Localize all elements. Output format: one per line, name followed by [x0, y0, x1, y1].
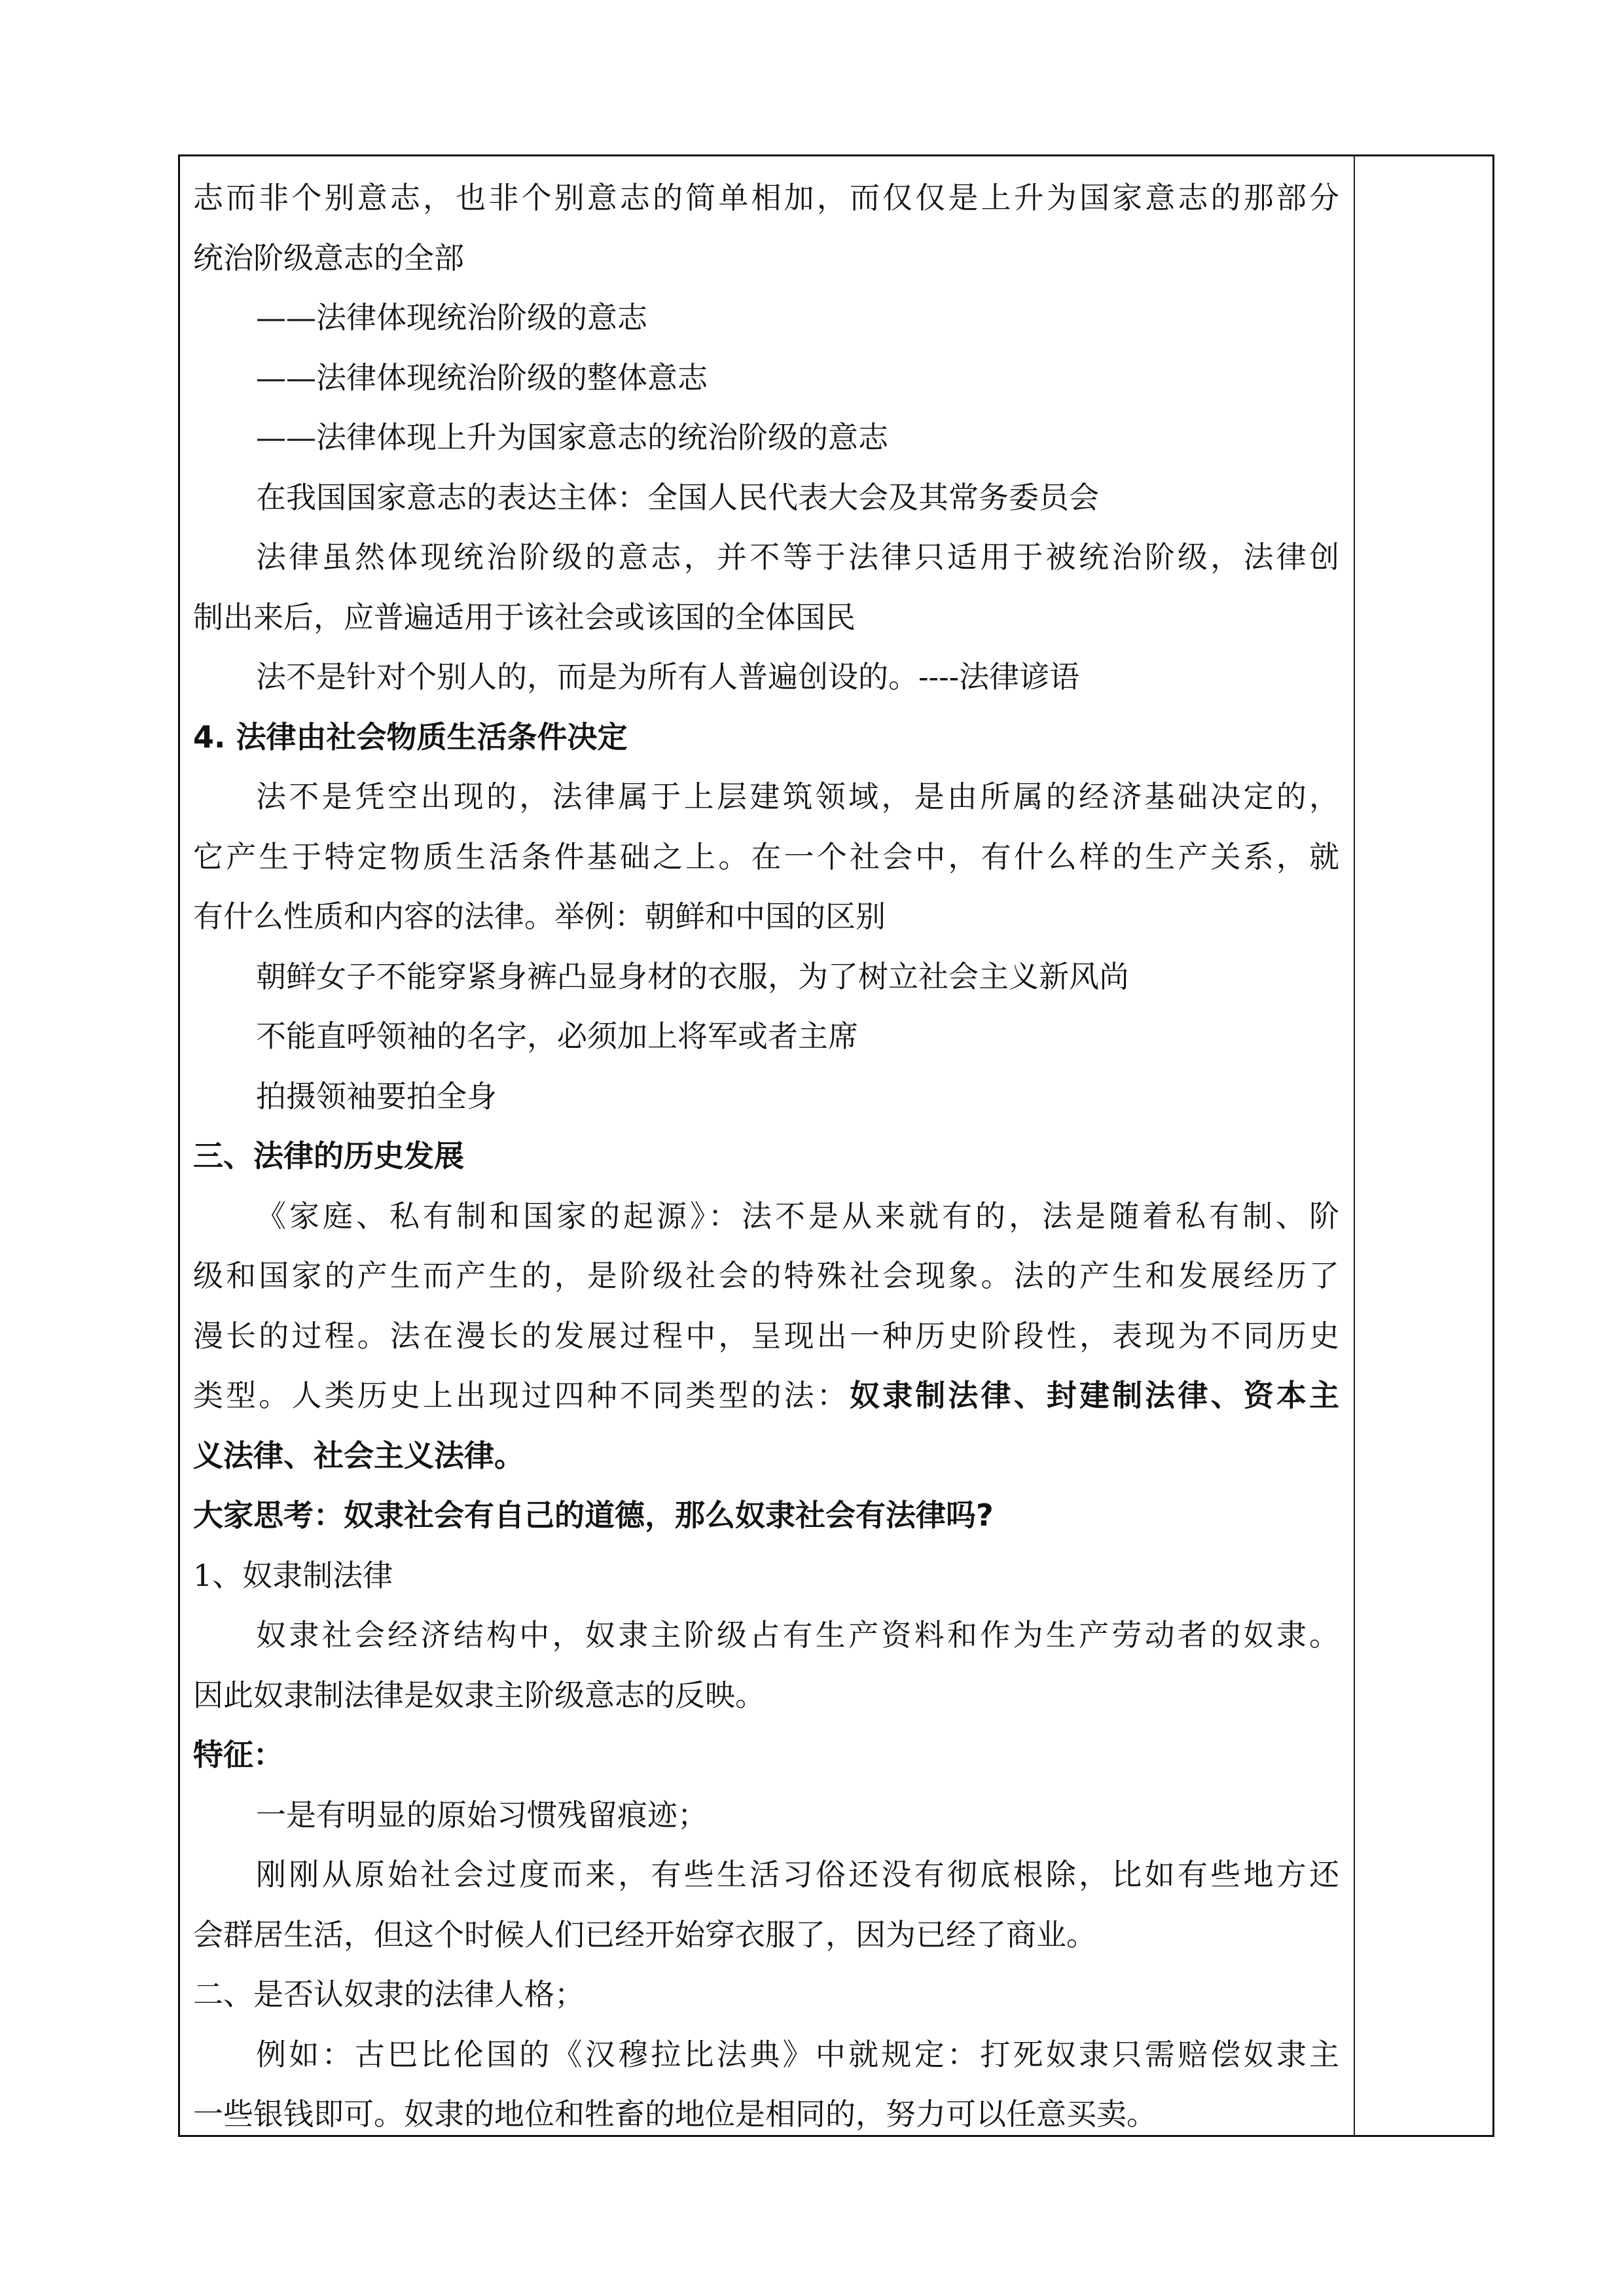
section-heading-4: 4. 法律由社会物质生活条件决定 — [193, 708, 1339, 768]
document-table: 志而非个别意志，也非个别意志的简单相加，而仅仅是上升为国家意志的那部分 统治阶级… — [178, 154, 1494, 2137]
text-line: 法不是针对个别人的，而是为所有人普遍创设的。----法律谚语 — [193, 647, 1339, 708]
text-normal: 类型。人类历史上出现过四种不同类型的法： — [193, 1378, 850, 1413]
text-line: 因此奴隶制法律是奴隶主阶级意志的反映。 — [193, 1666, 1339, 1726]
text-line: 拍摄领袖要拍全身 — [193, 1067, 1339, 1127]
text-line: 志而非个别意志，也非个别意志的简单相加，而仅仅是上升为国家意志的那部分 — [193, 168, 1339, 228]
features-heading: 特征： — [193, 1725, 1339, 1785]
text-line: 它产生于特定物质生活条件基础之上。在一个社会中，有什么样的生产关系，就 — [193, 827, 1339, 888]
text-line: 统治阶级意志的全部 — [193, 228, 1339, 289]
text-line: 奴隶社会经济结构中，奴隶主阶级占有生产资料和作为生产劳动者的奴隶。 — [193, 1605, 1339, 1666]
text-line: 不能直呼领袖的名字，必须加上将军或者主席 — [193, 1007, 1339, 1067]
text-line: 法不是凭空出现的，法律属于上层建筑领域，是由所属的经济基础决定的， — [193, 767, 1339, 827]
text-line: 《家庭、私有制和国家的起源》：法不是从来就有的，法是随着私有制、阶 — [193, 1187, 1339, 1247]
text-line: 刚刚从原始社会过度而来，有些生活习俗还没有彻底根除，比如有些地方还 — [193, 1845, 1339, 1905]
text-line: 一些银钱即可。奴隶的地位和牲畜的地位是相同的，努力可以任意买卖。 — [193, 2085, 1339, 2145]
text-line: 法律虽然体现统治阶级的意志，并不等于法律只适用于被统治阶级，法律创 — [193, 528, 1339, 588]
text-line: ——法律体现统治阶级的整体意志 — [193, 348, 1339, 408]
text-bold-emphasis: 奴隶制法律、封建制法律、资本主 — [850, 1378, 1339, 1413]
discussion-question: 大家思考：奴隶社会有自己的道德，那么奴隶社会有法律吗? — [193, 1486, 1339, 1546]
text-line: 有什么性质和内容的法律。举例：朝鲜和中国的区别 — [193, 887, 1339, 947]
text-line: 级和国家的产生而产生的，是阶级社会的特殊社会现象。法的产生和发展经历了 — [193, 1246, 1339, 1306]
text-line: 会群居生活，但这个时候人们已经开始穿衣服了，因为已经了商业。 — [193, 1905, 1339, 1965]
text-line: 在我国国家意志的表达主体：全国人民代表大会及其常务委员会 — [193, 468, 1339, 528]
notes-cell — [1355, 156, 1492, 2135]
text-line: ——法律体现上升为国家意志的统治阶级的意志 — [193, 408, 1339, 468]
content-cell: 志而非个别意志，也非个别意志的简单相加，而仅仅是上升为国家意志的那部分 统治阶级… — [180, 156, 1355, 2135]
text-line: 漫长的过程。法在漫长的发展过程中，呈现出一种历史阶段性，表现为不同历史 — [193, 1306, 1339, 1367]
text-line: 二、是否认奴隶的法律人格； — [193, 1965, 1339, 2025]
text-line: 制出来后，应普遍适用于该社会或该国的全体国民 — [193, 588, 1339, 648]
text-line: 例如：古巴比伦国的《汉穆拉比法典》中就规定：打死奴隶只需赔偿奴隶主 — [193, 2025, 1339, 2085]
text-line: ——法律体现统治阶级的意志 — [193, 288, 1339, 348]
text-line: 一是有明显的原始习惯残留痕迹； — [193, 1785, 1339, 1846]
text-line-mixed: 类型。人类历史上出现过四种不同类型的法：奴隶制法律、封建制法律、资本主 — [193, 1366, 1339, 1426]
section-heading-3: 三、法律的历史发展 — [193, 1126, 1339, 1187]
text-line: 朝鲜女子不能穿紧身裤凸显身材的衣服，为了树立社会主义新风尚 — [193, 947, 1339, 1007]
text-bold-line: 义法律、社会主义法律。 — [193, 1426, 1339, 1486]
subsection-heading: 1、奴隶制法律 — [193, 1546, 1339, 1606]
